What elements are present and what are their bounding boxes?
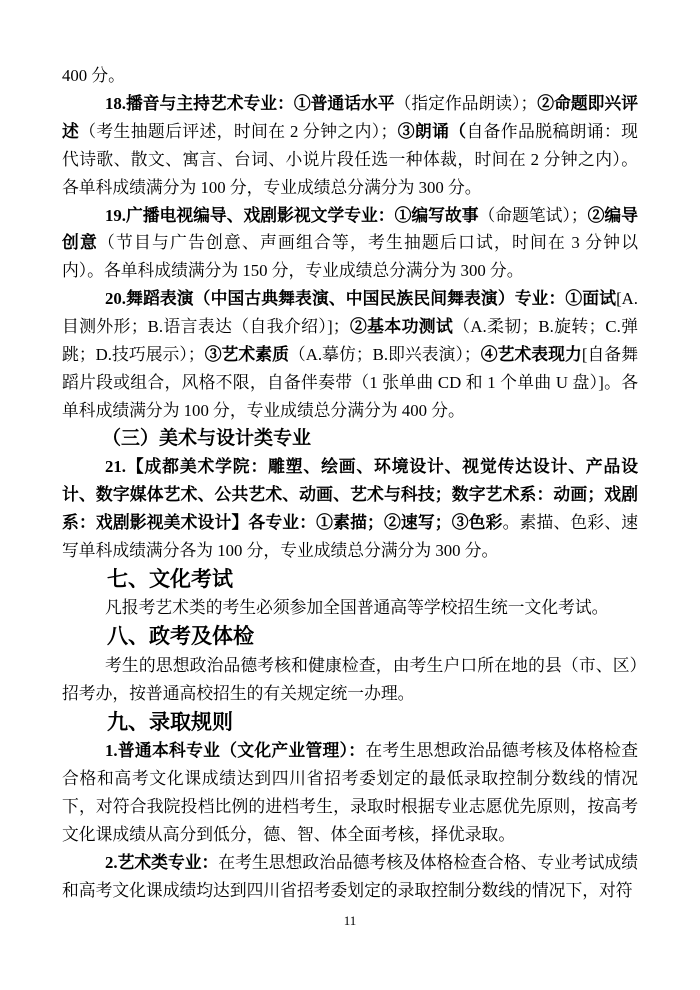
section-9-admission-rules-run-0: 九、录取规则: [107, 711, 233, 734]
item-18-broadcasting-hosting-run-3: （考生抽题后评述，时间在 2 分钟之内）；: [79, 122, 397, 141]
continuation-text-run-0: 400 分。: [62, 66, 125, 85]
section-9-admission-rules: 九、录取规则: [62, 708, 638, 738]
document-page: 400 分。18.播音与主持艺术专业：①普通话水平（指定作品朗读）；②命题即兴评…: [0, 0, 700, 990]
page-number: 11: [0, 913, 700, 929]
section-7-culture-exam: 七、文化考试: [62, 565, 638, 595]
item-18-broadcasting-hosting: 18.播音与主持艺术专业：①普通话水平（指定作品朗读）；②命题即兴评述（考生抽题…: [62, 90, 638, 202]
culture-exam-text: 凡报考艺术类的考生必须参加全国普通高等学校招生统一文化考试。: [62, 594, 638, 622]
section-8-political-review-physical-exam-run-0: 八、政考及体检: [107, 625, 254, 648]
item-18-broadcasting-hosting-run-1: （指定作品朗读）；: [395, 94, 538, 113]
continuation-text: 400 分。: [62, 62, 638, 90]
rule-2-art-programs-run-0: 2.艺术类专业：: [105, 853, 218, 872]
section-8-political-review-physical-exam: 八、政考及体检: [62, 622, 638, 652]
rule-2-art-programs: 2.艺术类专业：在考生思想政治品德考核及体格检查合格、专业考试成绩和高考文化课成…: [62, 849, 638, 905]
item-20-dance-performance-run-5: （A.摹仿；B.即兴表演）；: [289, 345, 481, 364]
item-18-broadcasting-hosting-run-4: ③朗诵（: [397, 122, 466, 141]
rule-1-general-undergraduate: 1.普通本科专业（文化产业管理）：在考生思想政治品德考核及体格检查合格和高考文化…: [62, 737, 638, 849]
subsection-3-art-design-run-0: （三）美术与设计类专业: [102, 428, 311, 449]
item-19-radio-tv-directing: 19.广播电视编导、戏剧影视文学专业：①编写故事（命题笔试）；②编导创意（节目与…: [62, 202, 638, 286]
item-20-dance-performance-run-4: ③艺术素质: [205, 345, 289, 364]
culture-exam-text-run-0: 凡报考艺术类的考生必须参加全国普通高等学校招生统一文化考试。: [105, 598, 608, 617]
item-21-chengdu-fine-arts: 21.【成都美术学院：雕塑、绘画、环境设计、视觉传达设计、产品设计、数字媒体艺术…: [62, 453, 638, 565]
item-20-dance-performance-run-2: ②基本功测试: [350, 317, 454, 336]
item-18-broadcasting-hosting-run-0: 18.播音与主持艺术专业：①普通话水平: [105, 94, 395, 113]
item-19-radio-tv-directing-run-3: （节目与广告创意、声画组合等，考生抽题后口试，时间在 3 分钟以内）。各单科成绩…: [62, 233, 638, 280]
item-20-dance-performance: 20.舞蹈表演（中国古典舞表演、中国民族民间舞表演）专业：①面试[A.目测外形；…: [62, 285, 638, 425]
rule-1-general-undergraduate-run-0: 1.普通本科专业（文化产业管理）：: [105, 741, 365, 760]
item-20-dance-performance-run-6: ④艺术表现力: [481, 345, 582, 364]
item-20-dance-performance-run-0: 20.舞蹈表演（中国古典舞表演、中国民族民间舞表演）专业：①面试: [105, 289, 616, 308]
political-review-text-run-0: 考生的思想政治品德考核和健康检查，由考生户口所在地的县（市、区）招考办，按普通高…: [62, 656, 638, 703]
section-7-culture-exam-run-0: 七、文化考试: [107, 568, 233, 591]
item-19-radio-tv-directing-run-0: 19.广播电视编导、戏剧影视文学专业：①编写故事: [105, 206, 479, 225]
document-body: 400 分。18.播音与主持艺术专业：①普通话水平（指定作品朗读）；②命题即兴评…: [62, 62, 638, 905]
item-19-radio-tv-directing-run-1: （命题笔试）；: [479, 206, 588, 225]
subsection-3-art-design: （三）美术与设计类专业: [62, 425, 638, 454]
political-review-text: 考生的思想政治品德考核和健康检查，由考生户口所在地的县（市、区）招考办，按普通高…: [62, 652, 638, 708]
